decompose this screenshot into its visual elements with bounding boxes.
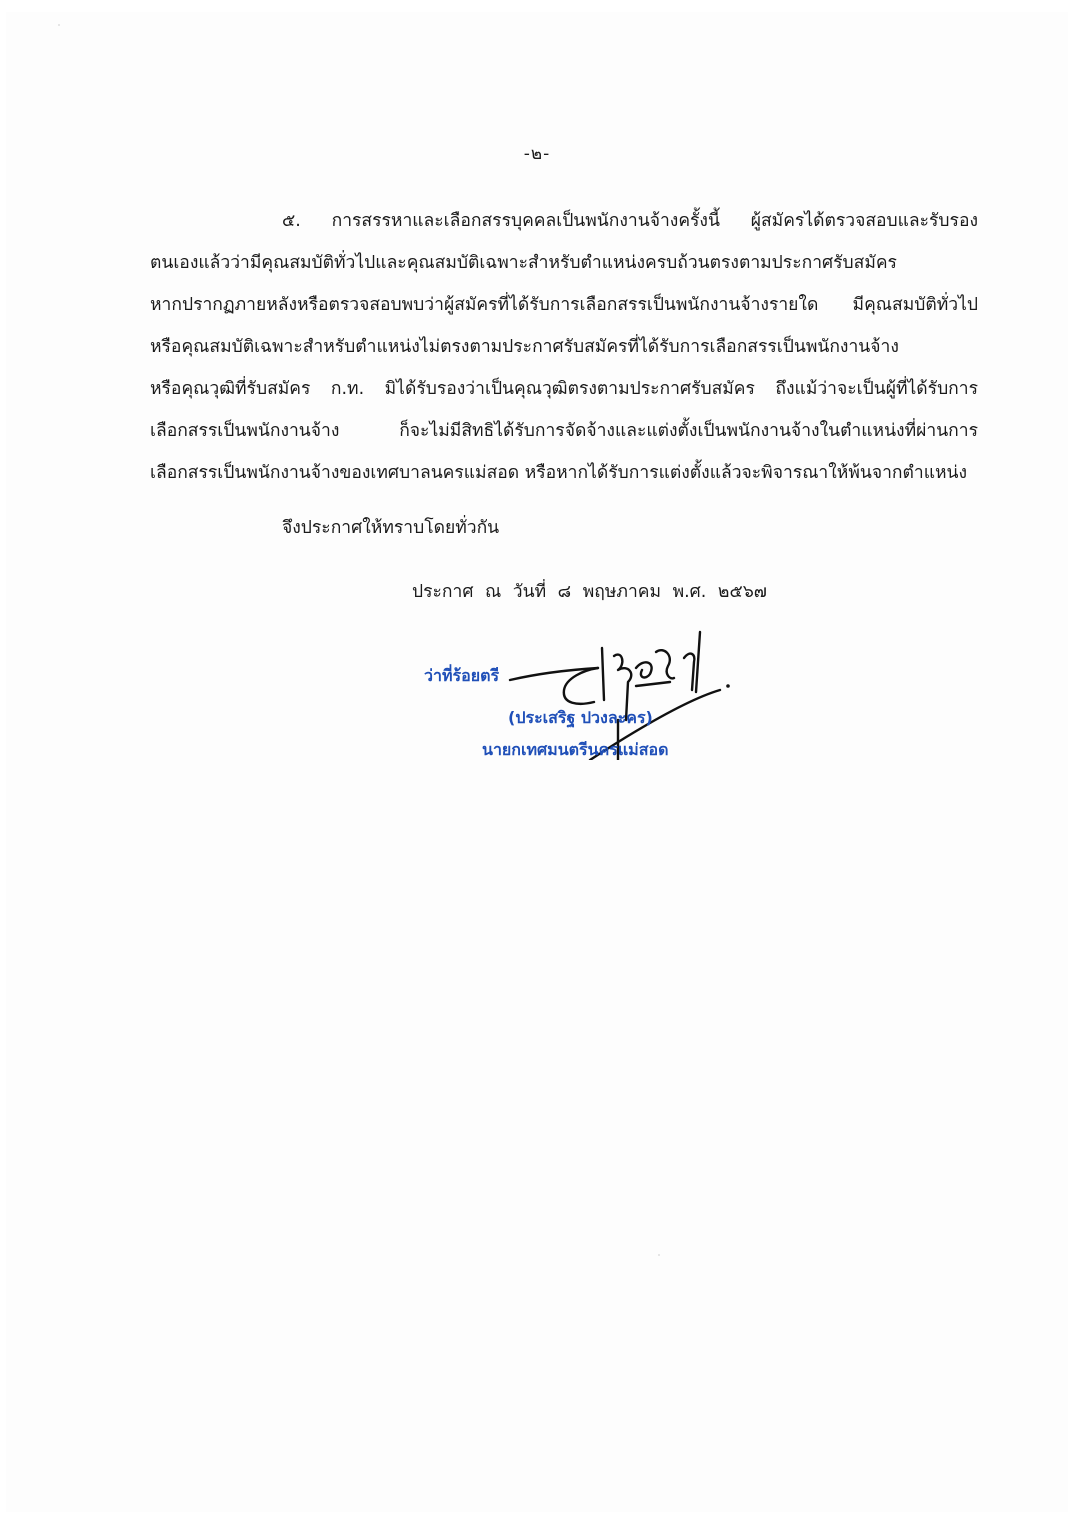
paragraph-line: เลือกสรรเป็นพนักงานจ้าง ก็จะไม่มีสิทธิได…: [150, 410, 978, 452]
paragraph-line: หรือคุณวุฒิที่รับสมัคร ก.ท. มิได้รับรองว…: [150, 368, 978, 410]
page-number: -๒-: [0, 140, 1074, 167]
signer-rank: ว่าที่ร้อยตรี: [424, 664, 499, 689]
announcement-date: ประกาศ ณ วันที่ ๘ พฤษภาคม พ.ศ. ๒๕๖๗: [412, 574, 767, 610]
paragraph-line: ๕. การสรรหาและเลือกสรรบุคคลเป็นพนักงานจ้…: [150, 200, 978, 242]
paragraph-5: ๕. การสรรหาและเลือกสรรบุคคลเป็นพนักงานจ้…: [150, 200, 978, 494]
paragraph-line: หรือคุณสมบัติเฉพาะสำหรับตำแหน่งไม่ตรงตาม…: [150, 326, 978, 368]
paragraph-line: หากปรากฏภายหลังหรือตรวจสอบพบว่าผู้สมัครท…: [150, 284, 978, 326]
signer-title: นายกเทศมนตรีนครแม่สอด: [482, 738, 668, 763]
scan-speck: [658, 1254, 660, 1256]
scan-speck: [58, 24, 60, 26]
signature-block: ว่าที่ร้อยตรี (ประเสริฐ ปวงละคร) นายกเทศ…: [420, 620, 740, 780]
paragraph-line: เลือกสรรเป็นพนักงานจ้างของเทศบาลนครแม่สอ…: [150, 452, 978, 494]
paragraph-line: ตนเองแล้วว่ามีคุณสมบัติทั่วไปและคุณสมบัต…: [150, 242, 978, 284]
signer-name: (ประเสริฐ ปวงละคร): [508, 706, 653, 731]
closing-statement: จึงประกาศให้ทราบโดยทั่วกัน: [282, 508, 499, 548]
